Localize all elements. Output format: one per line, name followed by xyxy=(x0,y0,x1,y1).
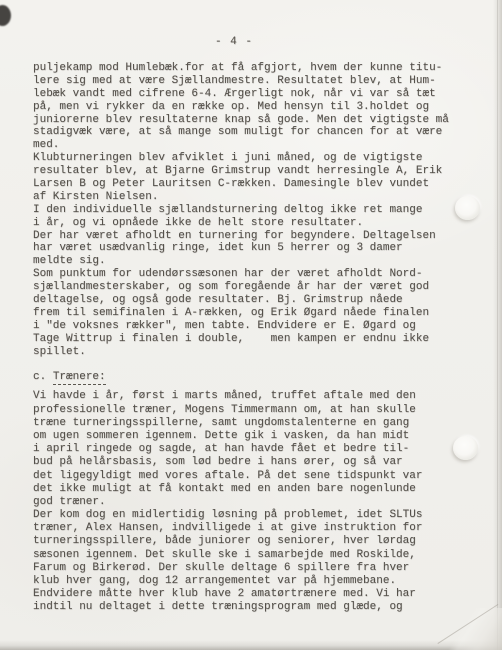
section-c-heading-prefix: c. xyxy=(33,371,53,383)
text-line: sæsonen igennem. Det skulle ske i samarb… xyxy=(33,549,473,562)
text-line: med. xyxy=(33,139,473,152)
text-line: Endvidere måtte hver klub have 2 amatørt… xyxy=(33,588,473,601)
text-line: juniorerne blev resultaterne knap så god… xyxy=(33,114,473,127)
text-line: puljekamp mod Humlebæk.for at få afgjort… xyxy=(33,62,473,75)
text-line: Vi havde i år, først i marts måned, truf… xyxy=(33,390,473,403)
text-line: Som punktum for udendørssæsonen har der … xyxy=(33,268,473,281)
text-line: har været usædvanlig ringe, idet kun 5 h… xyxy=(33,242,473,255)
text-line: Der har været afholdt en turnering for b… xyxy=(33,230,473,243)
text-line: Farum og Birkerød. Der skulle deltage 6 … xyxy=(33,562,473,575)
text-line: på, men vi rykker da en række op. Med he… xyxy=(33,101,473,114)
text-line: om ugen sommeren igennem. Dette gik i va… xyxy=(33,430,473,443)
text-line: turneringsspillere, både juniorer og sen… xyxy=(33,535,473,548)
text-line: Der kom dog en midlertidig løsning på pr… xyxy=(33,509,473,522)
text-line: deltagelse, og også gode resultater. Bj.… xyxy=(33,294,473,307)
text-line: bud på helårsbasis, som lød bedre i hans… xyxy=(33,456,473,469)
text-line: i år, og vi opnåede ikke de helt store r… xyxy=(33,217,473,230)
text-line: frem til semifinalen i A-rækken, og Erik… xyxy=(33,307,473,320)
text-line: i "de voksnes rækker", men tabte. Endvid… xyxy=(33,320,473,333)
text-line: træne turneringsspillerne, samt ungdomst… xyxy=(33,417,473,430)
text-line: indtil nu deltaget i dette træningsprogr… xyxy=(33,601,473,614)
text-line: professionelle træner, Mogens Timmermann… xyxy=(33,404,473,417)
text-line: af Kirsten Nielsen. xyxy=(33,191,473,204)
text-line: I den individuelle sjællandsturnering de… xyxy=(33,204,473,217)
text-line: god træner. xyxy=(33,496,473,509)
text-line: Larsen B og Peter Lauritsen C-rækken. Da… xyxy=(33,178,473,191)
typewritten-text-block: puljekamp mod Humlebæk.for at få afgjort… xyxy=(33,62,473,615)
text-line: lebæk vandt med cifrene 6-4. Ærgerligt n… xyxy=(33,88,473,101)
text-line: klub hver gang, dog 12 arrangementet var… xyxy=(33,575,473,588)
section-c-heading: c. Trænere: xyxy=(33,371,473,384)
text-line: meldte sig. xyxy=(33,255,473,268)
text-line: det ikke muligt at få kontakt med en and… xyxy=(33,483,473,496)
text-line: Tage Wittrup i finalen i double, men kam… xyxy=(33,333,473,346)
text-line: sjællandmesterskaber, og som foregående … xyxy=(33,281,473,294)
section-c-heading-title: Trænere: xyxy=(53,371,106,385)
text-line: det ligegyldigt med vores aftale. På det… xyxy=(33,470,473,483)
section-c-paragraphs: Vi havde i år, først i marts måned, truf… xyxy=(33,390,473,614)
text-line: spillet. xyxy=(33,346,473,359)
text-line: resultater blev, at Bjarne Grimstrup van… xyxy=(33,165,473,178)
text-line: lere sig med at være Sjællandmestre. Res… xyxy=(33,75,473,88)
paper-right-crease xyxy=(497,0,498,650)
text-line: stadigvæk være, at så mange som muligt f… xyxy=(33,126,473,139)
section-b-continuation-paragraphs: puljekamp mod Humlebæk.for at få afgjort… xyxy=(33,62,473,358)
text-line: Klubturneringen blev afviklet i juni mån… xyxy=(33,152,473,165)
paper-bottom-edge-shadow xyxy=(0,640,502,650)
page-number: - 4 - xyxy=(0,36,485,48)
text-line: træner, Alex Hansen, indvilligede i at g… xyxy=(33,522,473,535)
text-line: i april ringede og sagde, at han havde f… xyxy=(33,443,473,456)
